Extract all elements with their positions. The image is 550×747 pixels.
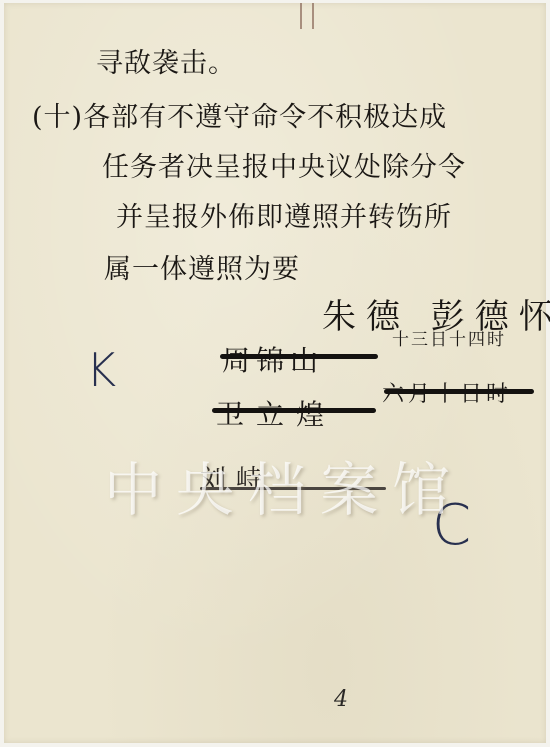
signature-date: 十三日十四时 bbox=[392, 325, 506, 350]
binding-mark bbox=[300, 3, 302, 29]
margin-mark-left: K bbox=[86, 343, 117, 397]
document-page: 寻敌袭击。 (十)各部有不遵守命令不积极达成 任务者决呈报中央议处除分令 并呈报… bbox=[4, 3, 546, 743]
text-line-3: 任务者决呈报中央议处除分令 bbox=[102, 145, 466, 184]
page-number: 4 bbox=[334, 687, 349, 712]
text-line-5: 属一体遵照为要 bbox=[104, 247, 300, 286]
text-line-4: 并呈报外佈即遵照并转饬所 bbox=[116, 195, 452, 234]
strikethrough bbox=[220, 354, 378, 359]
archive-watermark: 中央档案馆 bbox=[104, 443, 464, 527]
crossed-name-1: 周锦山 bbox=[222, 339, 324, 379]
strikethrough bbox=[212, 408, 376, 413]
text-line-2: (十)各部有不遵守命令不积极达成 bbox=[32, 95, 447, 134]
crossed-name-2: 卫立煌 bbox=[216, 393, 336, 433]
text-line-1: 寻敌袭击。 bbox=[96, 41, 236, 80]
binding-mark bbox=[312, 3, 314, 29]
strikethrough bbox=[384, 389, 534, 394]
